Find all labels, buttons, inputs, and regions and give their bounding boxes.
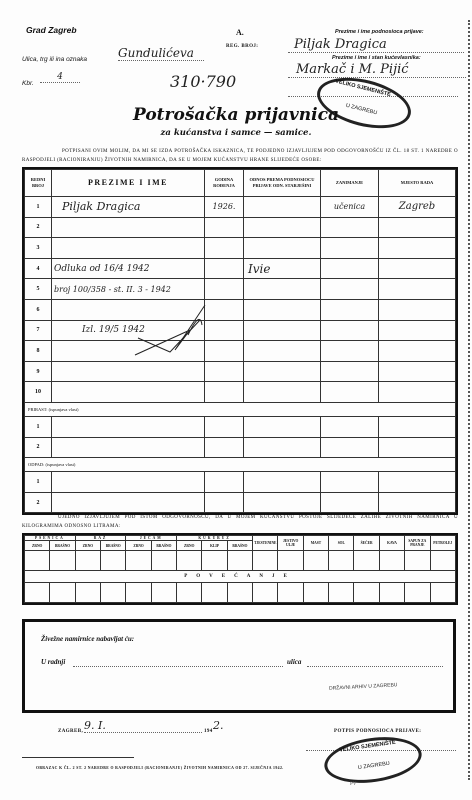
signature-label: POTPIS PODNOSIOCA PRIJAVE:	[334, 729, 421, 734]
workplace-cell[interactable]	[379, 299, 456, 320]
sub-header-grain: ZRNO	[177, 541, 202, 551]
col-header-pasta: TJESTENINE	[253, 536, 278, 551]
prirast-label: PRIRAST: (ispunjava vlast)	[25, 402, 456, 416]
row-number: 10	[25, 382, 52, 403]
workplace-cell[interactable]	[379, 258, 456, 279]
persons-header-row: REDNI BROJ PREZIME I IME GODINA ROĐENJA …	[25, 170, 456, 197]
relation-cell[interactable]	[244, 361, 321, 382]
table-row: 4 Odluka od 16/4 1942 Ivie	[25, 258, 456, 279]
occupation-cell[interactable]	[321, 382, 379, 403]
supply-cell[interactable]	[202, 551, 227, 571]
col-header-relation: ODNOS PREMA PODNOSIOCU PRIJAVE ODN. STAR…	[244, 170, 321, 197]
supply-cell[interactable]	[101, 551, 126, 571]
page-subtitle: za kućanstva i samce — samice.	[0, 128, 472, 138]
reg-label: REG. BROJ:	[226, 44, 258, 49]
persons-table: REDNI BROJ PREZIME I IME GODINA ROĐENJA …	[22, 167, 458, 515]
supply-cell[interactable]	[227, 551, 252, 571]
birth-year-cell[interactable]	[205, 437, 244, 458]
occupation-cell[interactable]	[321, 361, 379, 382]
occupation-cell[interactable]	[321, 258, 379, 279]
birth-year-cell[interactable]	[205, 320, 244, 341]
relation-cell[interactable]	[244, 320, 321, 341]
row-number: 4	[25, 258, 52, 279]
workplace-cell[interactable]	[379, 279, 456, 300]
row-number: 2	[25, 492, 52, 513]
table-row: 1 Piljak Dragica 1926. učenica Zagreb	[25, 197, 456, 218]
row-number: 2	[25, 217, 52, 238]
street-label: ulica	[287, 658, 301, 666]
relation-cell[interactable]	[244, 472, 321, 493]
supply-cell[interactable]	[151, 551, 176, 571]
col-header-soap: SAPUN ZA PRANJE	[405, 536, 430, 551]
increase-cell[interactable]	[278, 583, 303, 603]
row-number: 7	[25, 320, 52, 341]
footer-divider	[22, 757, 134, 758]
increase-cell[interactable]	[379, 583, 404, 603]
col-header-sugar: ŠEĆER	[354, 536, 379, 551]
sub-header-cob: KLIP	[202, 541, 227, 551]
workplace-cell[interactable]	[379, 492, 456, 513]
table-row: 1	[25, 416, 456, 437]
city-label: Grad Zagreb	[26, 25, 77, 35]
occupation-cell[interactable]: učenica	[321, 197, 379, 218]
supply-cell[interactable]	[177, 551, 202, 571]
supply-cell[interactable]	[354, 551, 379, 571]
table-row: 5 broj 100/358 - st. II. 3 - 1942	[25, 279, 456, 300]
table-row: 10	[25, 382, 456, 403]
pv-mark: PV	[350, 782, 356, 787]
occupation-cell[interactable]	[321, 472, 379, 493]
col-header-petroleum: PETROLEJ	[430, 536, 456, 551]
birth-year-cell[interactable]	[205, 279, 244, 300]
occupation-cell[interactable]	[321, 217, 379, 238]
applicant-field[interactable]: Piljak Dragica	[288, 37, 464, 53]
increase-label: POVEĆANJE	[25, 571, 456, 583]
workplace-cell[interactable]	[379, 382, 456, 403]
supplies-table: PŠENICA RAŽ JEČAM KUKURUZ TJESTENINE JES…	[22, 533, 458, 605]
declaration-text: POTPISANI OVIM MOLIM, DA MI SE IZDA POTR…	[22, 147, 458, 165]
workplace-cell[interactable]	[379, 341, 456, 362]
applicant-label: Prezime i ime podnosioca prijave:	[335, 29, 424, 35]
supply-cell[interactable]	[430, 551, 456, 571]
reg-number: 310·790	[170, 72, 236, 91]
form-letter: A.	[236, 28, 244, 37]
workplace-cell[interactable]: Zagreb	[379, 197, 456, 218]
name-cell[interactable]	[52, 437, 205, 458]
row-number: 3	[25, 238, 52, 259]
relation-cell[interactable]	[244, 492, 321, 513]
supply-cell[interactable]	[329, 551, 354, 571]
relation-cell[interactable]	[244, 382, 321, 403]
col-header-lard: MAST	[303, 536, 328, 551]
supply-cell[interactable]	[278, 551, 303, 571]
supply-cell[interactable]	[126, 551, 151, 571]
place-label: ZAGREB,	[58, 729, 83, 734]
increase-cell[interactable]	[354, 583, 379, 603]
shop-field[interactable]	[73, 666, 283, 667]
col-header-name: PREZIME I IME	[52, 170, 205, 197]
owner-label: Prezime i ime i stan kućevlasnika:	[332, 55, 421, 61]
row-number: 9	[25, 361, 52, 382]
name-cell[interactable]	[52, 492, 205, 513]
street-label: Ulica, trg ili ina oznaka	[22, 56, 87, 63]
occupation-cell[interactable]	[321, 437, 379, 458]
increase-cell[interactable]	[202, 583, 227, 603]
sub-header-flour: BRAŠNO	[151, 541, 176, 551]
increase-cell[interactable]	[25, 583, 50, 603]
col-header-occupation: ZANIMANJE	[321, 170, 379, 197]
row-number: 1	[25, 472, 52, 493]
row-number: 8	[25, 341, 52, 362]
supply-cell[interactable]	[50, 551, 75, 571]
name-cell[interactable]: broj 100/358 - st. II. 3 - 1942	[52, 279, 205, 300]
sub-header-flour: BRAŠNO	[227, 541, 252, 551]
odpad-section-row: ODPAD: (ispunjava vlast)	[25, 458, 456, 472]
increase-cell[interactable]	[126, 583, 151, 603]
supply-cell[interactable]	[379, 551, 404, 571]
occupation-cell[interactable]	[321, 341, 379, 362]
name-cell[interactable]: Piljak Dragica	[52, 197, 205, 218]
increase-cell[interactable]	[329, 583, 354, 603]
increase-values-row	[25, 583, 456, 603]
birth-year-cell[interactable]: 1926.	[205, 197, 244, 218]
col-header-cooking-oil: JESTIVO ULJE	[278, 536, 303, 551]
prirast-section-row: PRIRAST: (ispunjava vlast)	[25, 402, 456, 416]
increase-cell[interactable]	[101, 583, 126, 603]
row-number: 5	[25, 279, 52, 300]
increase-cell[interactable]	[177, 583, 202, 603]
relation-cell[interactable]	[244, 437, 321, 458]
row-number: 2	[25, 437, 52, 458]
sub-header-grain: ZRNO	[75, 541, 100, 551]
table-row: 6	[25, 299, 456, 320]
row-number: 6	[25, 299, 52, 320]
relation-cell[interactable]	[244, 217, 321, 238]
increase-cell[interactable]	[405, 583, 430, 603]
table-row: 2	[25, 492, 456, 513]
relation-cell[interactable]	[244, 416, 321, 437]
relation-cell[interactable]	[244, 279, 321, 300]
workplace-cell[interactable]	[379, 217, 456, 238]
supplies-declaration: UJEDNO IZJAVLJUJEM POD ISTOM ODGOVORNOŠĆ…	[22, 513, 458, 531]
occupation-cell[interactable]	[321, 238, 379, 259]
shop-label: U radnji	[41, 658, 65, 666]
archive-stamp: DRŽAVNI ARHIV U ZAGREBU	[329, 682, 398, 692]
birth-year-cell[interactable]	[205, 361, 244, 382]
occupation-cell[interactable]	[321, 279, 379, 300]
occupation-cell[interactable]	[321, 416, 379, 437]
birth-year-cell[interactable]	[205, 299, 244, 320]
increase-cell[interactable]	[227, 583, 252, 603]
workplace-cell[interactable]	[379, 320, 456, 341]
birth-year-cell[interactable]	[205, 382, 244, 403]
seminary-stamp-top: VELIKO SJEMENIŠTE U ZAGREBU	[312, 69, 416, 137]
supply-cell[interactable]	[25, 551, 50, 571]
birth-year-cell[interactable]	[205, 238, 244, 259]
occupation-cell[interactable]	[321, 299, 379, 320]
handwritten-signature-scribble	[130, 300, 210, 360]
supply-cell[interactable]	[303, 551, 328, 571]
supply-cell[interactable]	[405, 551, 430, 571]
birth-year-cell[interactable]	[205, 341, 244, 362]
relation-cell[interactable]	[244, 341, 321, 362]
street-field[interactable]: Gundulićeva	[118, 46, 204, 61]
odpad-label: ODPAD: (ispunjava vlast)	[25, 458, 456, 472]
house-number-field[interactable]: 4	[40, 72, 80, 83]
table-row: 2	[25, 217, 456, 238]
increase-cell[interactable]	[253, 583, 278, 603]
increase-cell[interactable]	[50, 583, 75, 603]
name-cell[interactable]	[52, 382, 205, 403]
seminary-stamp-bottom: VELIKO SJEMENIŠTE U ZAGREBU	[321, 731, 424, 788]
name-cell[interactable]: Odluka od 16/4 1942	[52, 258, 205, 279]
table-row: 7 Izl. 19/5 1942	[25, 320, 456, 341]
table-row: 3	[25, 238, 456, 259]
birth-year-cell[interactable]	[205, 258, 244, 279]
workplace-cell[interactable]	[379, 472, 456, 493]
year-suffix-field[interactable]: 2.	[213, 719, 224, 732]
sub-header-flour: BRAŠNO	[101, 541, 126, 551]
increase-cell[interactable]	[75, 583, 100, 603]
supply-cell[interactable]	[75, 551, 100, 571]
food-supply-box: Živežne namirnice nabavljat ću: U radnji…	[22, 619, 456, 713]
relation-cell[interactable]: Ivie	[244, 258, 321, 279]
col-header-coffee: KAVA	[379, 536, 404, 551]
relation-cell[interactable]	[244, 197, 321, 218]
row-number: 1	[25, 197, 52, 218]
workplace-cell[interactable]	[379, 361, 456, 382]
col-header-number: REDNI BROJ	[25, 170, 52, 197]
birth-year-cell[interactable]	[205, 416, 244, 437]
workplace-cell[interactable]	[379, 238, 456, 259]
sub-header-grain: ZRNO	[25, 541, 50, 551]
birth-year-cell[interactable]	[205, 472, 244, 493]
house-number-label: Kbr.	[22, 80, 34, 87]
name-cell[interactable]	[52, 361, 205, 382]
increase-cell[interactable]	[430, 583, 456, 603]
name-cell[interactable]	[52, 217, 205, 238]
table-row: 1	[25, 472, 456, 493]
name-cell[interactable]	[52, 472, 205, 493]
owner-field[interactable]: Markač i M. Pijić	[288, 62, 466, 78]
supplies-values-row	[25, 551, 456, 571]
year-prefix: 194	[204, 729, 213, 734]
increase-cell[interactable]	[303, 583, 328, 603]
col-header-salt: SOL	[329, 536, 354, 551]
workplace-cell[interactable]	[379, 437, 456, 458]
name-cell[interactable]	[52, 416, 205, 437]
occupation-cell[interactable]	[321, 320, 379, 341]
food-box-title: Živežne namirnice nabavljat ću:	[41, 635, 134, 643]
occupation-cell[interactable]	[321, 492, 379, 513]
table-row: 8	[25, 341, 456, 362]
date-field[interactable]: 9. I.	[84, 719, 202, 733]
relation-cell[interactable]	[244, 299, 321, 320]
page-title: Potrošačka prijavnica	[0, 105, 472, 125]
sub-header-grain: ZRNO	[126, 541, 151, 551]
street-field[interactable]	[307, 666, 443, 667]
birth-year-cell[interactable]	[205, 217, 244, 238]
col-header-birth-year: GODINA ROĐENJA	[205, 170, 244, 197]
table-row: 9	[25, 361, 456, 382]
form-note: OBRAZAC K ČL. 2 ST. 2 NAREDBE O RASPODJE…	[36, 766, 284, 770]
birth-year-cell[interactable]	[205, 492, 244, 513]
col-header-workplace: MJESTO RADA	[379, 170, 456, 197]
increase-row: POVEĆANJE	[25, 571, 456, 583]
table-row: 2	[25, 437, 456, 458]
increase-cell[interactable]	[151, 583, 176, 603]
sub-header-flour: BRAŠNO	[50, 541, 75, 551]
row-number: 1	[25, 416, 52, 437]
supply-cell[interactable]	[253, 551, 278, 571]
relation-cell[interactable]	[244, 238, 321, 259]
workplace-cell[interactable]	[379, 416, 456, 437]
name-cell[interactable]	[52, 238, 205, 259]
